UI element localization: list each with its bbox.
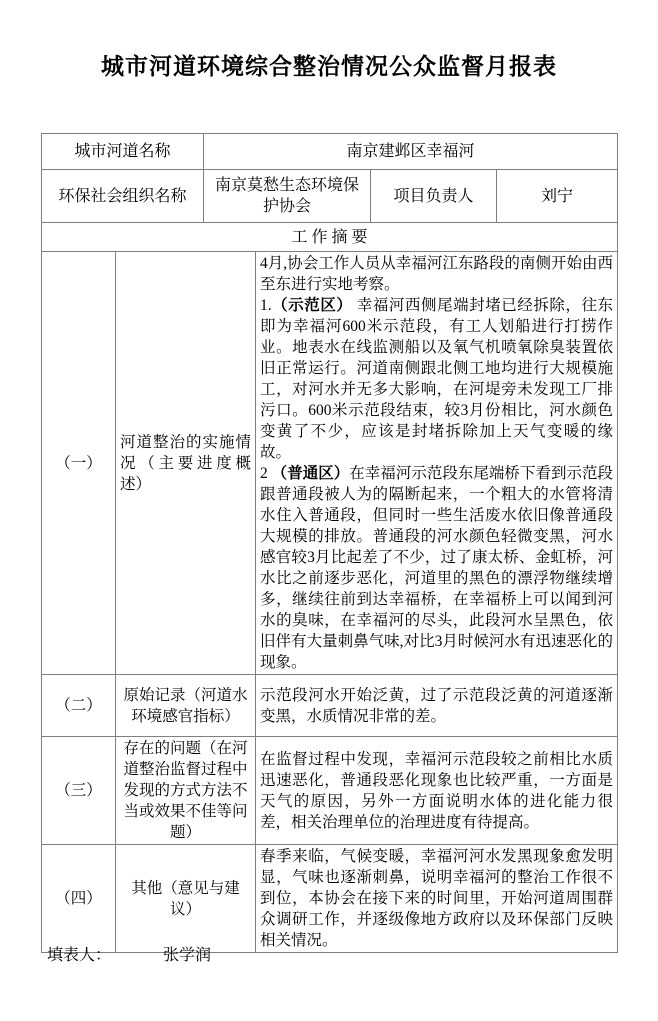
- work-summary-header: 工 作 摘 要: [42, 223, 618, 252]
- row-index-cell: （二）: [42, 675, 116, 737]
- org-name-label: 环保社会组织名称: [42, 170, 204, 223]
- form-filler-label: 填表人：: [47, 947, 111, 964]
- river-name-row: 城市河道名称 南京建邺区幸福河: [42, 134, 618, 170]
- document-page: 城市河道环境综合整治情况公众监督月报表 城市河道名称 南京建邺区幸福河 环保社会…: [0, 0, 658, 1021]
- summary-row-2: （二） 原始记录（河道水环境感官指标） 示范段河水开始泛黄，过了示范段泛黄的河道…: [42, 675, 618, 737]
- work-summary-header-row: 工 作 摘 要: [42, 223, 618, 252]
- paragraph: 2 （普通区）在幸福河示范段东尾端桥下看到示范段跟普通段被人为的隔断起来，一个粗…: [260, 463, 613, 673]
- org-name-value: 南京莫愁生态环境保护协会: [204, 170, 371, 223]
- project-leader-label: 项目负责人: [371, 170, 497, 223]
- form-filler-name: 张学润: [163, 947, 211, 964]
- row-index-cell: （四）: [42, 845, 116, 953]
- paragraph: 4月,协会工作人员从幸福河江东路段的南侧开始由西至东进行实地考察。: [260, 253, 613, 295]
- river-name-value: 南京建邺区幸福河: [204, 134, 618, 170]
- row-category-cell: 存在的问题（在河道整治监督过程中发现的方式方法不当或效果不佳等问题）: [116, 737, 256, 845]
- row-content-cell: 在监督过程中发现，幸福河示范段较之前相比水质迅速恶化，普通段恶化现象也比较严重，…: [256, 737, 618, 845]
- page-title: 城市河道环境综合整治情况公众监督月报表: [0, 48, 658, 81]
- paragraph: 春季来临，气候变暖，幸福河河水发黑现象愈发明显，气味也逐渐刺鼻，说明幸福河的整治…: [260, 846, 613, 951]
- report-table: 城市河道名称 南京建邺区幸福河 环保社会组织名称 南京莫愁生态环境保护协会 项目…: [41, 133, 618, 953]
- row-content-cell: 示范段河水开始泛黄，过了示范段泛黄的河道逐渐变黑，水质情况非常的差。: [256, 675, 618, 737]
- form-filler-line: 填表人：张学润: [47, 942, 211, 965]
- row-index-cell: （一）: [42, 252, 116, 675]
- org-row: 环保社会组织名称 南京莫愁生态环境保护协会 项目负责人 刘宁: [42, 170, 618, 223]
- row-category-cell: 原始记录（河道水环境感官指标）: [116, 675, 256, 737]
- row-category-cell: 河道整治的实施情况（主要进度概述）: [116, 252, 256, 675]
- paragraph: 在监督过程中发现，幸福河示范段较之前相比水质迅速恶化，普通段恶化现象也比较严重，…: [260, 749, 613, 833]
- summary-row-3: （三） 存在的问题（在河道整治监督过程中发现的方式方法不当或效果不佳等问题） 在…: [42, 737, 618, 845]
- summary-row-4: （四） 其他（意见与建议） 春季来临，气候变暖，幸福河河水发黑现象愈发明显，气味…: [42, 845, 618, 953]
- row-content-cell: 4月,协会工作人员从幸福河江东路段的南侧开始由西至东进行实地考察。1.（示范区）…: [256, 252, 618, 675]
- river-name-label: 城市河道名称: [42, 134, 204, 170]
- row-index-cell: （三）: [42, 737, 116, 845]
- paragraph: 1.（示范区） 幸福河西侧尾端封堵已经拆除，往东即为幸福河600米示范段，有工人…: [260, 295, 613, 463]
- summary-row-1: （一） 河道整治的实施情况（主要进度概述） 4月,协会工作人员从幸福河江东路段的…: [42, 252, 618, 675]
- row-category-cell: 其他（意见与建议）: [116, 845, 256, 953]
- paragraph: 示范段河水开始泛黄，过了示范段泛黄的河道逐渐变黑，水质情况非常的差。: [260, 685, 613, 727]
- row-content-cell: 春季来临，气候变暖，幸福河河水发黑现象愈发明显，气味也逐渐刺鼻，说明幸福河的整治…: [256, 845, 618, 953]
- project-leader-value: 刘宁: [497, 170, 618, 223]
